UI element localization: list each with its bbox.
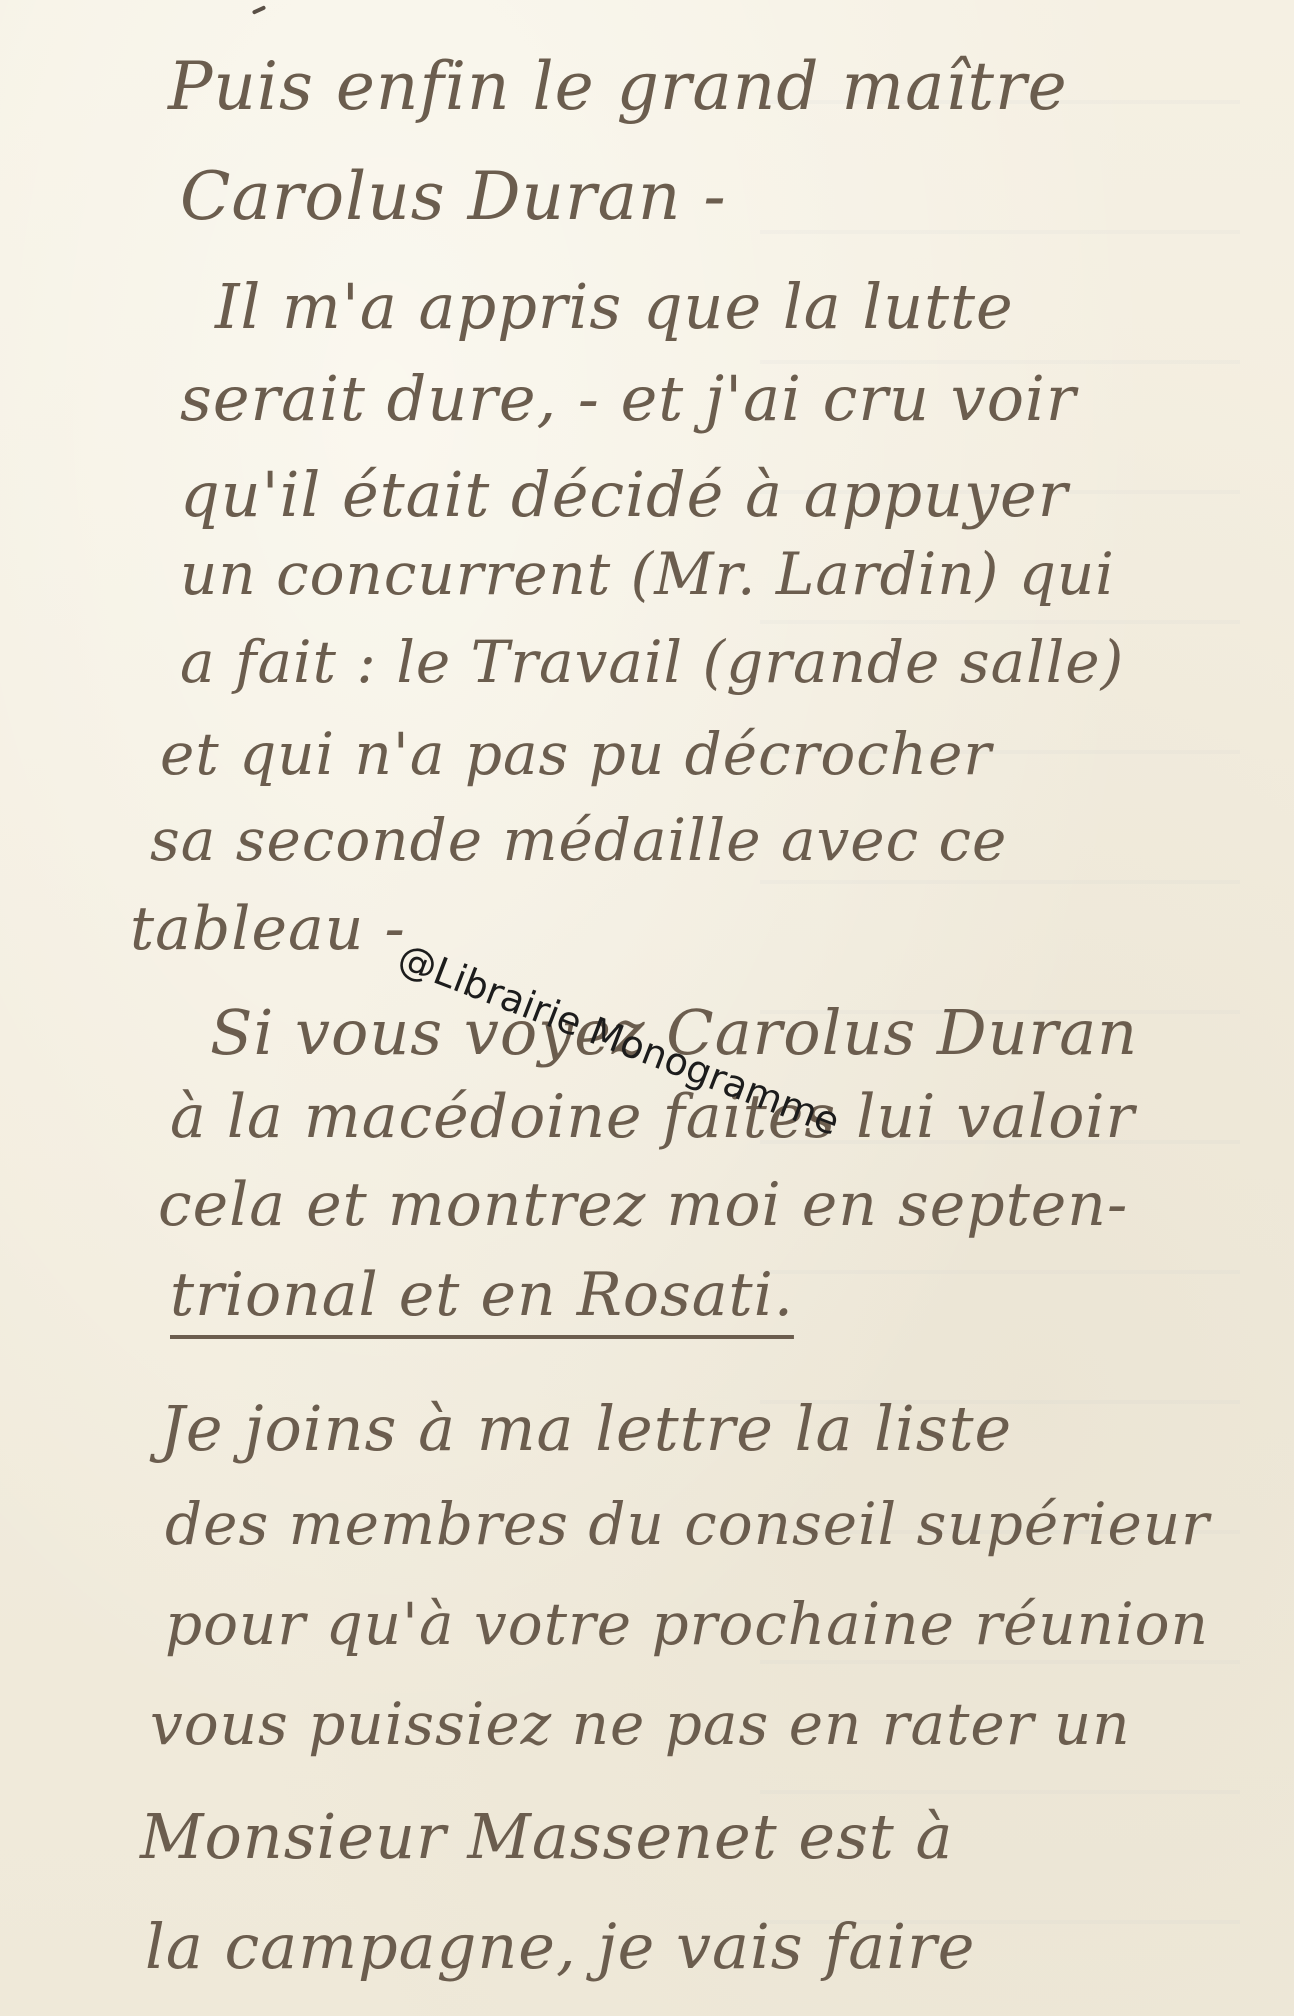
- letter-line-8: et qui n'a pas pu décrocher: [160, 720, 992, 788]
- letter-line-19: Monsieur Massenet est à: [140, 1800, 953, 1873]
- letter-line-1: Puis enfin le grand maître: [168, 48, 1068, 125]
- letter-line-4: serait dure, - et j'ai cru voir: [180, 362, 1077, 435]
- letter-line-3: Il m'a appris que la lutte: [215, 270, 1014, 343]
- letter-line-14: trional et en Rosati.: [170, 1260, 794, 1330]
- letter-line-2: Carolus Duran -: [180, 158, 727, 235]
- letter-line-18: vous puissiez ne pas en rater un: [150, 1690, 1131, 1758]
- letter-line-5: qu'il était décidé à appuyer: [180, 458, 1068, 531]
- letter-line-9: sa seconde médaille avec ce: [150, 806, 1007, 874]
- letter-line-6: un concurrent (Mr. Lardin) qui: [180, 540, 1115, 608]
- letter-line-12: à la macédoine faites lui valoir: [170, 1082, 1135, 1152]
- letter-line-17: pour qu'à votre prochaine réunion: [165, 1590, 1209, 1658]
- letter-line-15: Je joins à ma lettre la liste: [160, 1392, 1012, 1465]
- letter-line-13: cela et montrez moi en septen-: [158, 1170, 1128, 1240]
- letter-line-10: tableau -: [130, 894, 406, 964]
- letter-line-16: des membres du conseil supérieur: [165, 1490, 1210, 1558]
- letter-line-20: la campagne, je vais faire: [145, 1910, 975, 1983]
- letter-line-7: a fait : le Travail (grande salle): [180, 628, 1124, 696]
